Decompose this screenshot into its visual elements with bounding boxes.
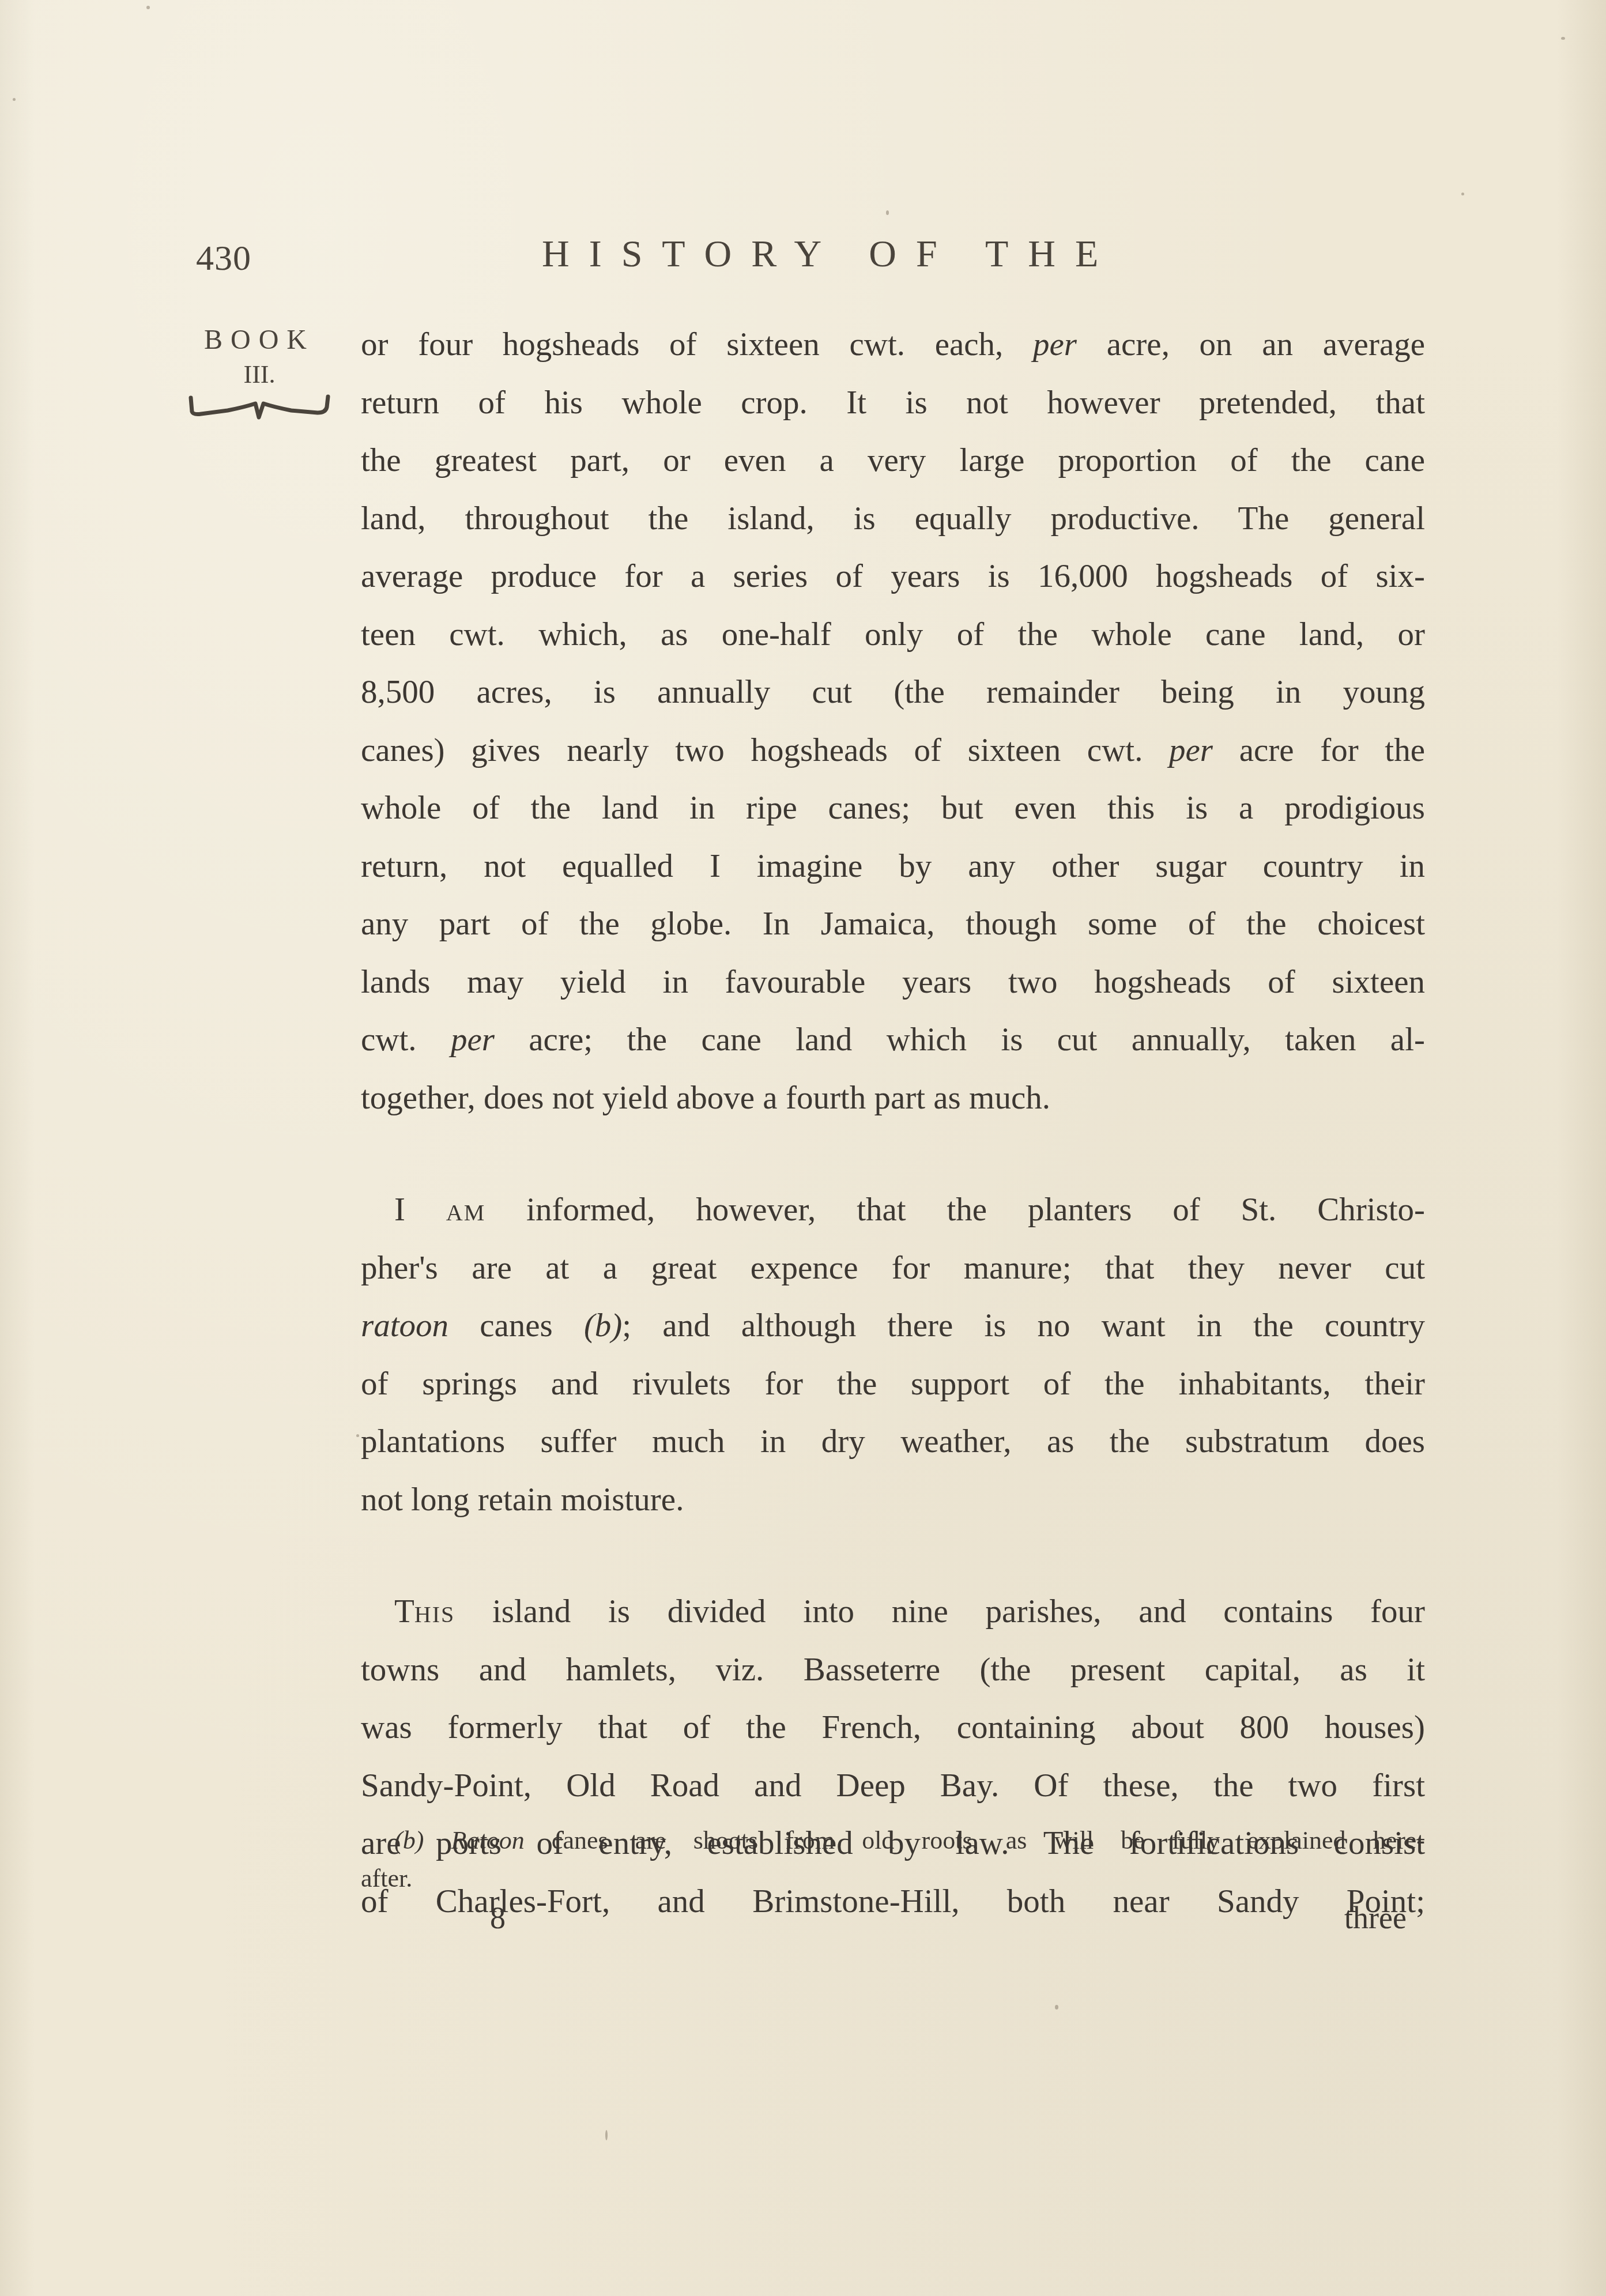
italic-per: per xyxy=(1169,732,1213,768)
text-line: plantations suffer much in dry weather, … xyxy=(361,1413,1425,1471)
lead-initial: I xyxy=(394,1192,405,1228)
paper-speck xyxy=(1461,193,1464,195)
running-title: HISTORY OF THE xyxy=(542,232,1118,276)
paper-speck xyxy=(1561,37,1565,40)
text-line: I am informed, however, that the planter… xyxy=(361,1181,1425,1239)
text-line: lands may yield in favourable years two … xyxy=(361,953,1425,1012)
text-line: of springs and rivulets for the support … xyxy=(361,1355,1425,1413)
text-line: return, not equalled I imagine by any ot… xyxy=(361,838,1425,896)
lead-small-caps: his xyxy=(414,1593,455,1630)
text-line: land, throughout the island, is equally … xyxy=(361,490,1425,548)
text-line: Sandy-Point, Old Road and Deep Bay. Of t… xyxy=(361,1757,1425,1815)
lead-small-caps: am xyxy=(446,1192,485,1228)
italic-ratoon: ratoon xyxy=(361,1307,448,1344)
footnote-reference: (b) xyxy=(584,1307,622,1344)
italic-per: per xyxy=(451,1021,495,1058)
text-line: together, does not yield above a fourth … xyxy=(361,1069,1425,1128)
side-note-book: BOOK III. xyxy=(184,323,334,420)
footnote-line: after. xyxy=(361,1860,1425,1898)
text-line: was formerly that of the French, contain… xyxy=(361,1699,1425,1757)
side-note-book-label: BOOK xyxy=(184,323,334,357)
italic-ratoon: Ratoon xyxy=(451,1826,525,1854)
text-line: not long retain moisture. xyxy=(361,1471,1425,1529)
footnote: (b) Ratoon canes are shoots from old roo… xyxy=(361,1822,1425,1898)
paper-speck xyxy=(605,2130,608,2140)
lead-initial: T xyxy=(394,1593,414,1630)
footnote-line: (b) Ratoon canes are shoots from old roo… xyxy=(361,1822,1425,1860)
text-line: teen cwt. which, as one-half only of the… xyxy=(361,606,1425,664)
text-line: or four hogsheads of sixteen cwt. each, … xyxy=(361,316,1425,374)
catchword: three xyxy=(1344,1900,1407,1936)
side-note-book-number: III. xyxy=(184,359,334,391)
paragraph-2: I am informed, however, that the planter… xyxy=(361,1181,1425,1529)
footnote-marker: (b) xyxy=(394,1826,424,1854)
text-line: 8,500 acres, is annually cut (the remain… xyxy=(361,663,1425,722)
paper-speck xyxy=(886,210,889,215)
text-line: pher's are at a great expence for manure… xyxy=(361,1239,1425,1298)
text-line: whole of the land in ripe canes; but eve… xyxy=(361,779,1425,838)
text-line: ratoon canes (b); and although there is … xyxy=(361,1297,1425,1355)
italic-per: per xyxy=(1033,326,1077,363)
signature-mark: 8 xyxy=(490,1900,506,1936)
text-line: the greatest part, or even a very large … xyxy=(361,432,1425,490)
paper-speck xyxy=(1055,2005,1058,2010)
paper-speck xyxy=(356,1434,359,1437)
paper-speck xyxy=(146,6,150,9)
paragraph-spacer xyxy=(361,1127,1425,1181)
body-text: or four hogsheads of sixteen cwt. each, … xyxy=(361,316,1425,1931)
paper-speck xyxy=(13,98,16,101)
text-line: cwt. per acre; the cane land which is cu… xyxy=(361,1011,1425,1069)
paragraph-1: or four hogsheads of sixteen cwt. each, … xyxy=(361,316,1425,1127)
paragraph-spacer xyxy=(361,1529,1425,1583)
text-line: canes) gives nearly two hogsheads of six… xyxy=(361,722,1425,780)
text-line: This island is divided into nine parishe… xyxy=(361,1583,1425,1641)
text-line: return of his whole crop. It is not howe… xyxy=(361,374,1425,432)
page-number: 430 xyxy=(196,238,251,279)
text-line: any part of the globe. In Jamaica, thoug… xyxy=(361,895,1425,953)
text-line: average produce for a series of years is… xyxy=(361,548,1425,606)
brace-ornament-icon xyxy=(187,394,331,420)
text-line: towns and hamlets, viz. Basseterre (the … xyxy=(361,1641,1425,1699)
book-page: 430 HISTORY OF THE BOOK III. or four hog… xyxy=(0,0,1606,2296)
running-header: 430 HISTORY OF THE xyxy=(196,228,1430,285)
